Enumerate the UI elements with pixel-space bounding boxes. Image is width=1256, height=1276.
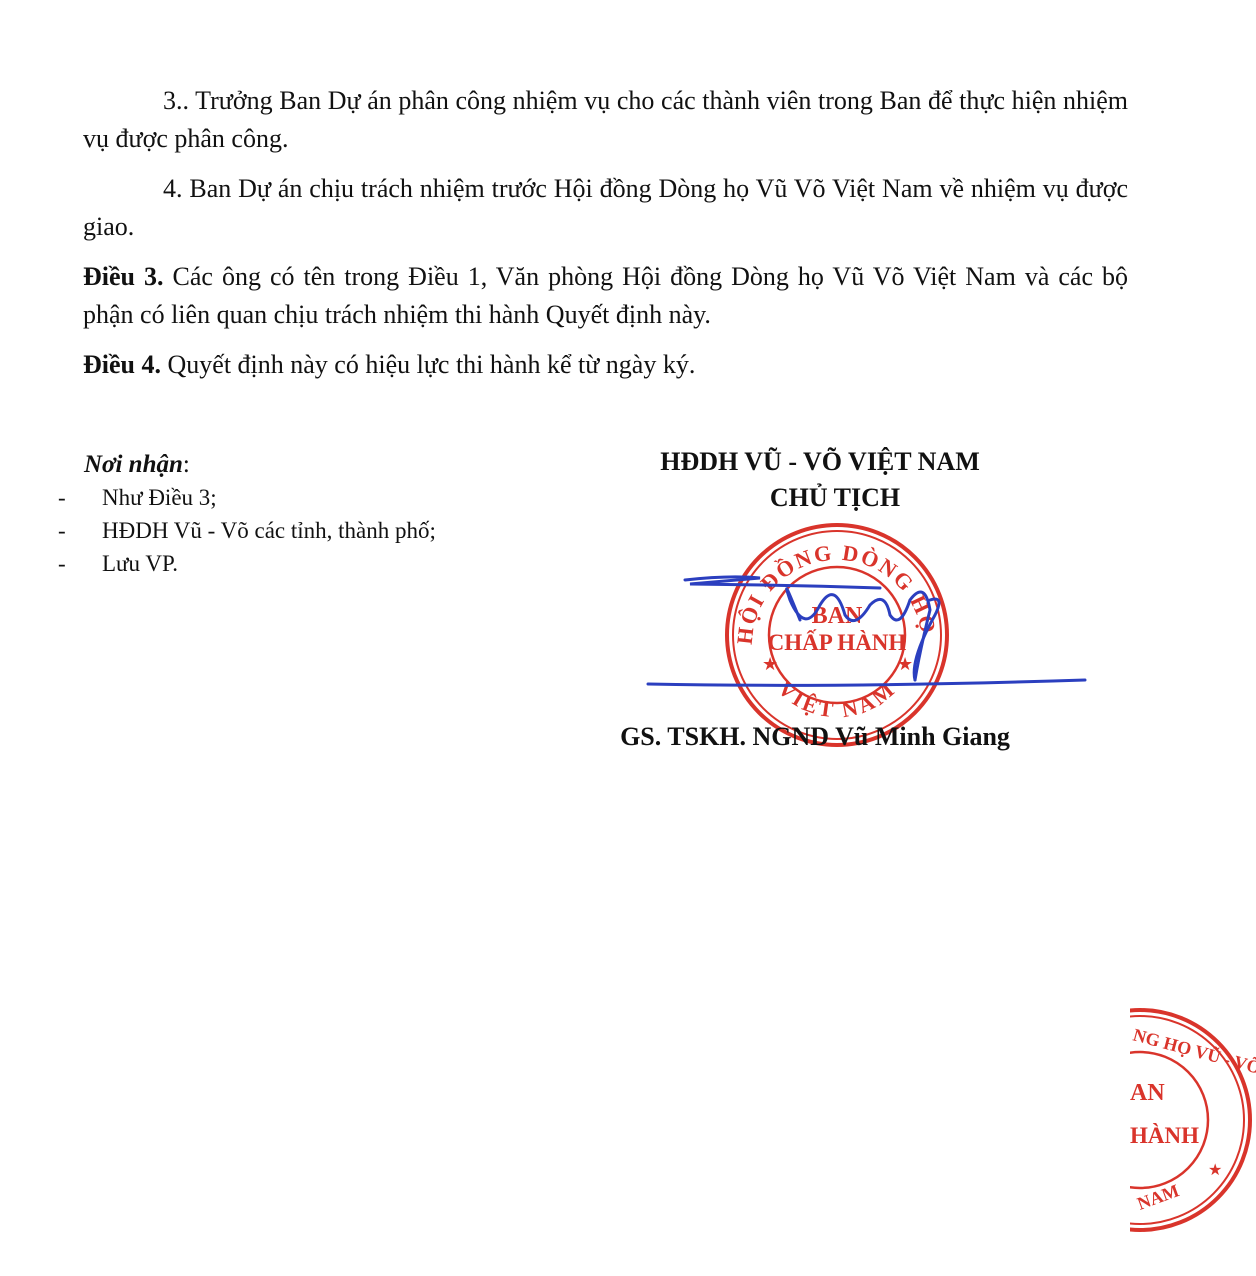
- svg-text:HÀNH: HÀNH: [1130, 1123, 1199, 1148]
- organization-title: HĐDH VŨ - VÕ VIỆT NAM: [610, 447, 1030, 477]
- article-4-label: Điều 4.: [83, 350, 161, 379]
- recipient-item: -HĐDH Vũ - Võ các tỉnh, thành phố;: [58, 514, 436, 547]
- clause-4-item: 4. Ban Dự án chịu trách nhiệm trước Hội …: [83, 170, 1128, 246]
- svg-text:★: ★: [1208, 1162, 1222, 1179]
- recipients-block: Nơi nhận: -Như Điều 3; -HĐDH Vũ - Võ các…: [58, 448, 436, 580]
- article-4-text: Quyết định này có hiệu lực thi hành kể t…: [161, 350, 695, 379]
- clause-3-item: 3.. Trưởng Ban Dự án phân công nhiệm vụ …: [83, 82, 1128, 158]
- recipients-title: Nơi nhận:: [84, 448, 436, 481]
- recipient-item: -Như Điều 3;: [58, 481, 436, 514]
- handwritten-signature: [640, 560, 1100, 710]
- recipient-item: -Lưu VP.: [58, 547, 436, 580]
- svg-text:AN: AN: [1130, 1080, 1165, 1106]
- signer-role: CHỦ TỊCH: [610, 483, 1060, 513]
- article-3-text: Các ông có tên trong Điều 1, Văn phòng H…: [83, 262, 1128, 329]
- article-4: Điều 4. Quyết định này có hiệu lực thi h…: [83, 346, 1128, 384]
- partial-stamp: NG HỌ VŨ - VÕ AN HÀNH NAM ★: [1130, 1005, 1256, 1235]
- article-3: Điều 3. Các ông có tên trong Điều 1, Văn…: [83, 258, 1128, 334]
- signer-name: GS. TSKH. NGND Vũ Minh Giang: [590, 722, 1040, 752]
- article-3-label: Điều 3.: [83, 262, 164, 291]
